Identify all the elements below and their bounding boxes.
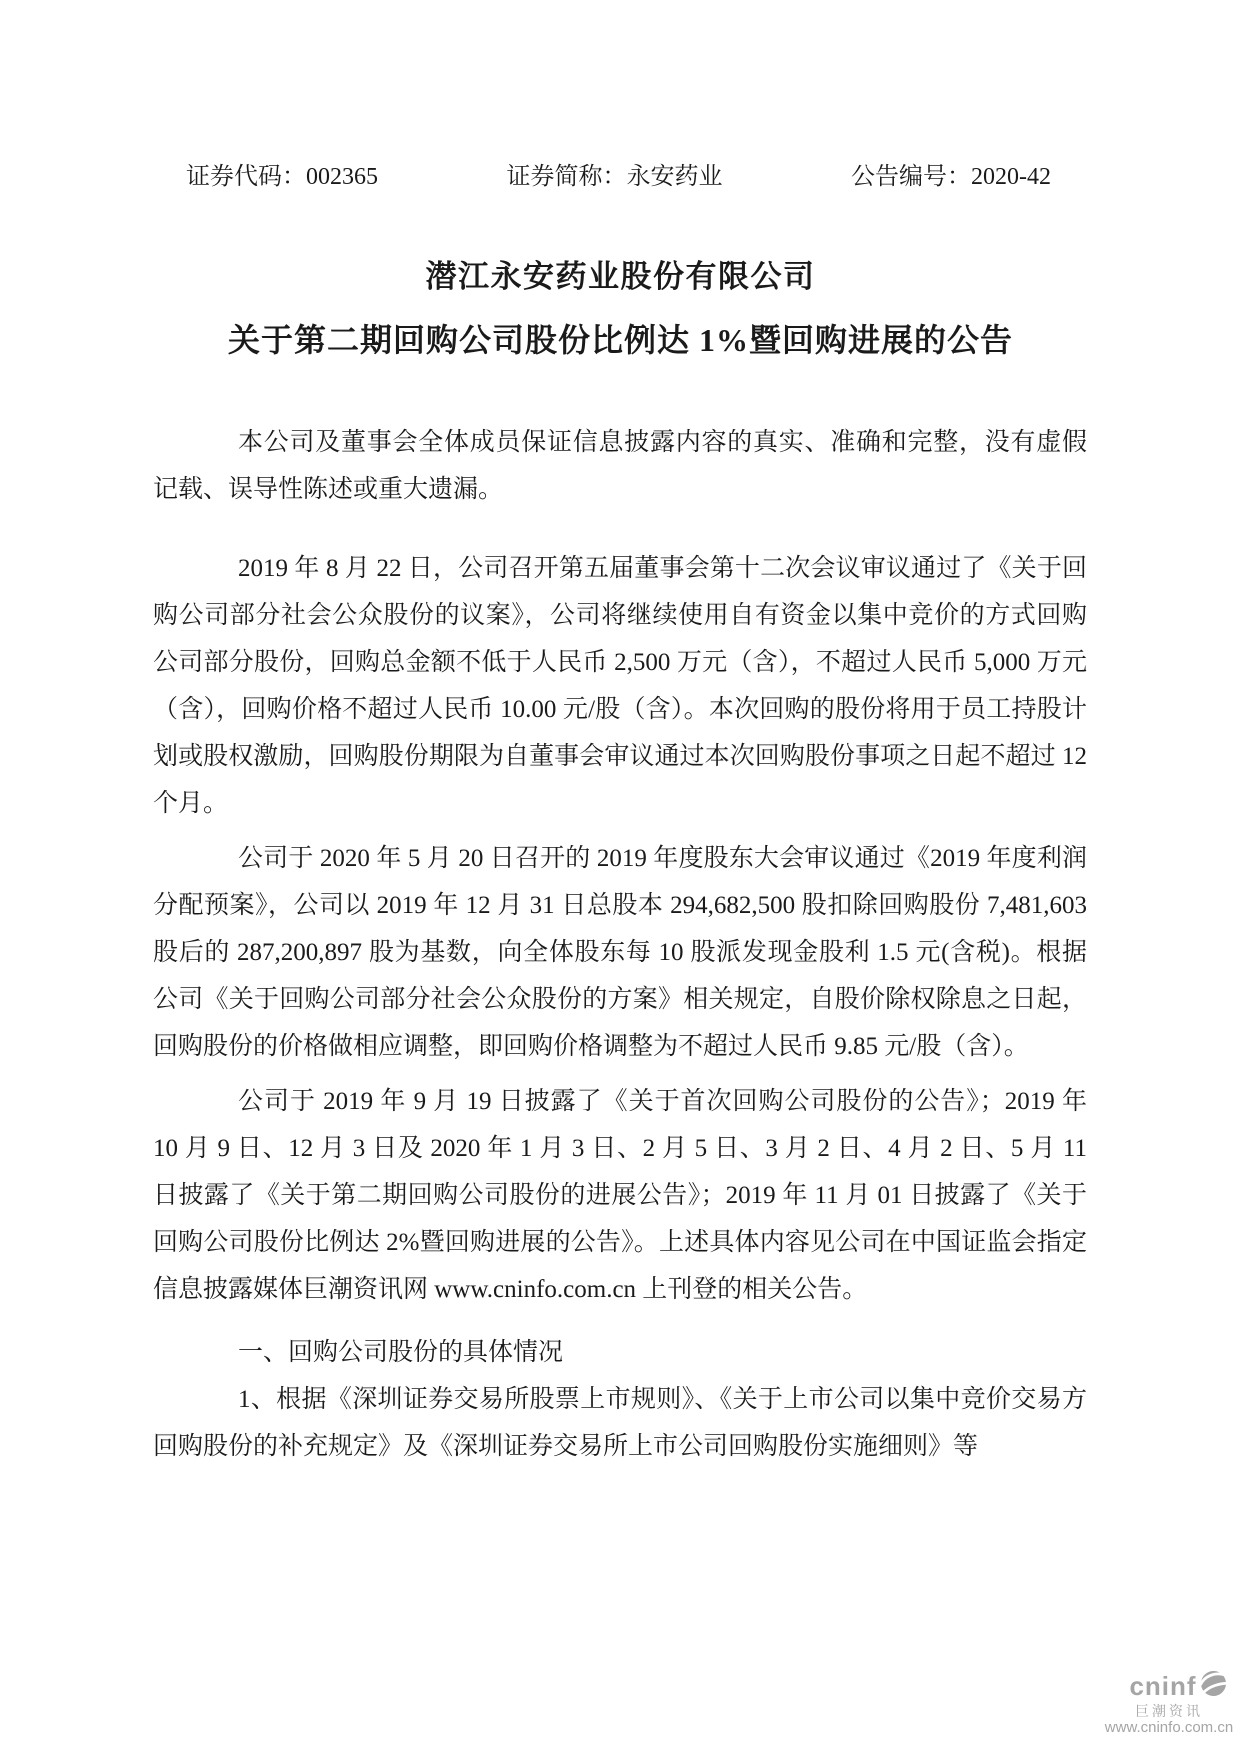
section-heading-repurchase-details: 一、回购公司股份的具体情况	[153, 1329, 1087, 1376]
cninfo-brand-text: cninf	[1129, 1673, 1196, 1699]
board-disclaimer-paragraph: 本公司及董事会全体成员保证信息披露内容的真实、准确和完整，没有虚假记载、误导性陈…	[153, 419, 1087, 513]
paragraph-board-resolution: 2019 年 8 月 22 日，公司召开第五届董事会第十二次会议审议通过了《关于…	[153, 545, 1087, 827]
document-body: 本公司及董事会全体成员保证信息披露内容的真实、准确和完整，没有虚假记载、误导性陈…	[153, 419, 1087, 1478]
paragraph-disclosure-history: 公司于 2019 年 9 月 19 日披露了《关于首次回购公司股份的公告》；20…	[153, 1078, 1087, 1313]
stock-short-name: 证券简称：永安药业	[507, 156, 723, 191]
stock-code: 证券代码：002365	[186, 156, 378, 191]
announcement-page: 证券代码：002365 证券简称：永安药业 公告编号：2020-42 潜江永安药…	[0, 0, 1241, 1754]
cninfo-chinese-name: 巨潮资讯	[1135, 1703, 1203, 1719]
paragraph-dividend-price-adjustment: 公司于 2020 年 5 月 20 日召开的 2019 年度股东大会审议通过《2…	[153, 835, 1087, 1070]
cninfo-globe-icon	[1200, 1670, 1227, 1702]
title-block: 潜江永安药业股份有限公司 关于第二期回购公司股份比例达 1%暨回购进展的公告	[0, 261, 1241, 357]
cninfo-watermark: cninf 巨潮资讯 www.cninfo.com.cn	[1101, 1670, 1237, 1736]
cninfo-url: www.cninfo.com.cn	[1105, 1720, 1233, 1736]
cninfo-brand-row: cninf	[1129, 1670, 1226, 1702]
announcement-subject-title: 关于第二期回购公司股份比例达 1%暨回购进展的公告	[0, 324, 1241, 357]
announcement-number: 公告编号：2020-42	[851, 156, 1051, 191]
document-header: 证券代码：002365 证券简称：永安药业 公告编号：2020-42	[186, 156, 1051, 191]
company-name-title: 潜江永安药业股份有限公司	[0, 261, 1241, 292]
paragraph-repurchase-rules: 1、根据《深圳证券交易所股票上市规则》、《关于上市公司以集中竞价交易方回购股份的…	[153, 1376, 1087, 1470]
